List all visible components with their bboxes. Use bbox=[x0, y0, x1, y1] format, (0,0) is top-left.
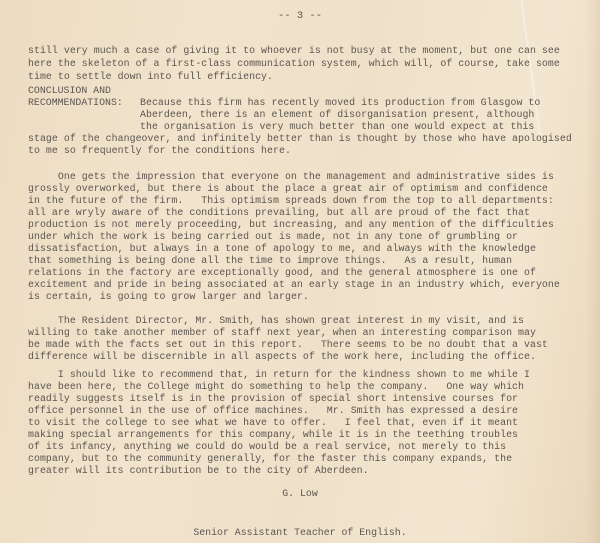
text-line: of its infancy, anything we could do wou… bbox=[28, 441, 506, 452]
text-line: readily suggests itself is in the provis… bbox=[28, 393, 518, 404]
text-line: excitement and pride in being associated… bbox=[28, 279, 560, 290]
page-number: -- 3 -- bbox=[0, 10, 600, 22]
text-line: One gets the impression that everyone on… bbox=[28, 171, 554, 182]
text-line: be made with the facts set out in this r… bbox=[28, 339, 548, 350]
signature: G. Low bbox=[0, 488, 600, 499]
text-line: here the skeleton of a first-class commu… bbox=[28, 58, 560, 69]
text-line: stage of the changeover, and infinitely … bbox=[28, 133, 572, 144]
text-line: to me so frequently for the conditions h… bbox=[28, 145, 291, 156]
text-line: to visit the college to see what we have… bbox=[28, 417, 518, 428]
text-line: have been here, the College might do som… bbox=[28, 381, 524, 392]
text-line: company, but to the community generally,… bbox=[28, 453, 512, 464]
text-line: grossly overworked, but there is about t… bbox=[28, 183, 548, 194]
text-line: making special arrangements for this com… bbox=[28, 429, 518, 440]
text-line: the organisation is very much better tha… bbox=[140, 121, 534, 132]
text-line: under which the work is being carried ou… bbox=[28, 231, 518, 242]
text-line: in the future of the firm. This optimism… bbox=[28, 195, 554, 206]
text-line: all are wryly aware of the conditions pr… bbox=[28, 207, 530, 218]
text-line: relations in the factory are exceptional… bbox=[28, 267, 536, 278]
text-line: difference will be discernible in all as… bbox=[28, 351, 536, 362]
text-line: The Resident Director, Mr. Smith, has sh… bbox=[28, 315, 524, 326]
text-line: time to settle down into full efficiency… bbox=[28, 71, 273, 82]
text-line: greater will its contribution be to the … bbox=[28, 465, 369, 476]
signature-title: Senior Assistant Teacher of English. bbox=[0, 527, 600, 538]
text-line: willing to take another member of staff … bbox=[28, 327, 536, 338]
paper-edge bbox=[586, 0, 600, 543]
text-line: is certain, is going to grow larger and … bbox=[28, 291, 309, 302]
text-line: production is not merely proceeding, but… bbox=[28, 219, 554, 230]
text-line: still very much a case of giving it to w… bbox=[28, 45, 560, 56]
text-line: that something is being done all the tim… bbox=[28, 255, 512, 266]
text-line: office personnel in the use of office ma… bbox=[28, 405, 518, 416]
section-heading: RECOMMENDATIONS: bbox=[28, 97, 123, 108]
text-line: I should like to recommend that, in retu… bbox=[28, 369, 530, 380]
section-heading: CONCLUSION AND bbox=[28, 85, 111, 96]
text-line: Because this firm has recently moved its… bbox=[140, 97, 540, 108]
text-line: Aberdeen, there is an element of disorga… bbox=[140, 109, 534, 120]
text-line: dissatisfaction, but always in a tone of… bbox=[28, 243, 536, 254]
